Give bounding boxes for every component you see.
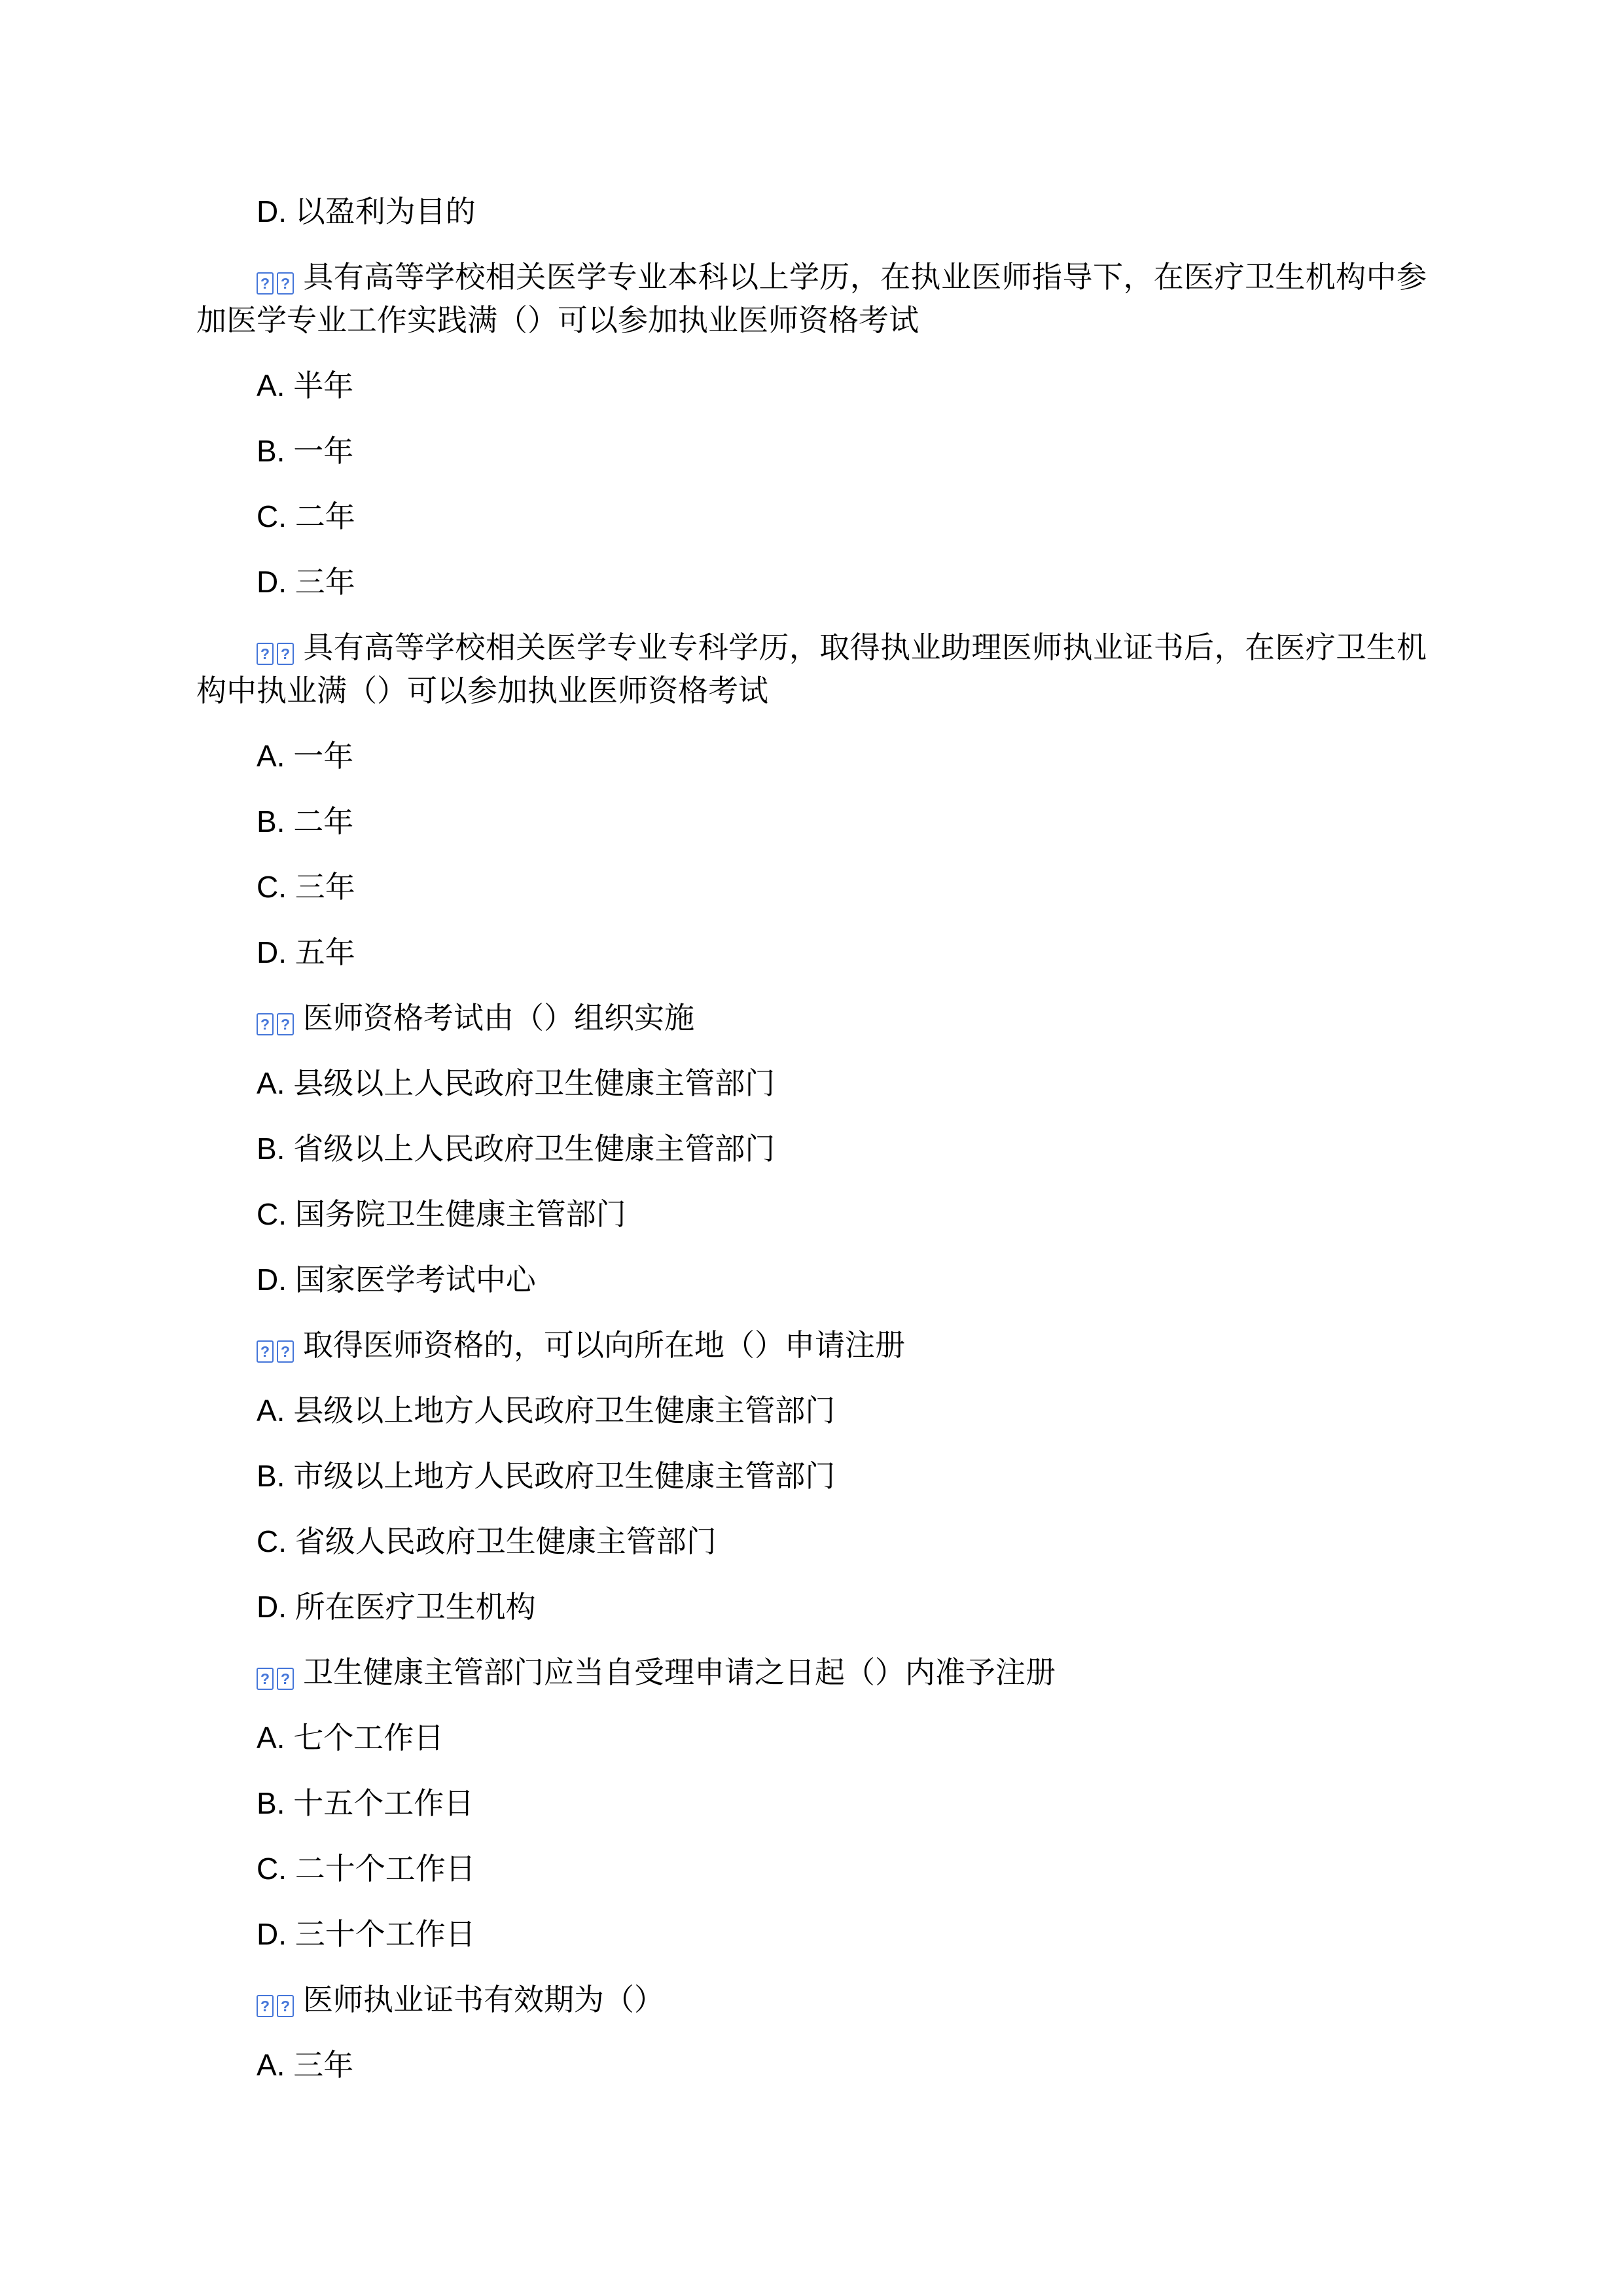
missing-glyph-icon: ? <box>277 643 294 665</box>
q4-option-c: C. 省级人民政府卫生健康主管部门 <box>196 1520 1427 1563</box>
q1-option-c: C. 二年 <box>196 495 1427 538</box>
q5-option-c: C. 二十个工作日 <box>196 1847 1427 1890</box>
question-number: ?? <box>257 1655 294 1689</box>
question-2: ??具有高等学校相关医学专业专科学历，取得执业助理医师执业证书后，在医疗卫生机构… <box>196 626 1427 712</box>
q3-option-d: D. 国家医学考试中心 <box>196 1258 1427 1301</box>
q1-option-d: D. 三年 <box>196 560 1427 603</box>
question-3: ??医师资格考试由（）组织实施 <box>196 996 1427 1039</box>
q2-option-d: D. 五年 <box>196 931 1427 974</box>
q5-option-d: D. 三十个工作日 <box>196 1912 1427 1956</box>
q4-option-a: A. 县级以上地方人民政府卫生健康主管部门 <box>196 1389 1427 1432</box>
missing-glyph-icon: ? <box>277 1668 294 1690</box>
missing-glyph-icon: ? <box>257 272 274 295</box>
q3-option-b: B. 省级以上人民政府卫生健康主管部门 <box>196 1127 1427 1170</box>
question-1: ??具有高等学校相关医学专业本科以上学历，在执业医师指导下，在医疗卫生机构中参加… <box>196 255 1427 342</box>
q5-option-b: B. 十五个工作日 <box>196 1782 1427 1825</box>
q4-option-b: B. 市级以上地方人民政府卫生健康主管部门 <box>196 1454 1427 1498</box>
q2-option-c: C. 三年 <box>196 865 1427 908</box>
question-2-text: 具有高等学校相关医学专业专科学历，取得执业助理医师执业证书后，在医疗卫生机构中执… <box>196 630 1427 708</box>
missing-glyph-icon: ? <box>257 1340 274 1363</box>
question-1-text: 具有高等学校相关医学专业本科以上学历，在执业医师指导下，在医疗卫生机构中参加医学… <box>196 260 1427 337</box>
question-5: ??卫生健康主管部门应当自受理申请之日起（）内准予注册 <box>196 1651 1427 1694</box>
missing-glyph-icon: ? <box>257 1013 274 1035</box>
question-5-text: 卫生健康主管部门应当自受理申请之日起（）内准予注册 <box>303 1655 1056 1689</box>
question-number: ?? <box>257 1982 294 2017</box>
missing-glyph-icon: ? <box>277 272 294 295</box>
prev-question-option-d: D. 以盈利为目的 <box>196 190 1427 233</box>
missing-glyph-icon: ? <box>277 1995 294 2017</box>
question-6: ??医师执业证书有效期为（） <box>196 1978 1427 2021</box>
missing-glyph-icon: ? <box>257 1995 274 2017</box>
missing-glyph-icon: ? <box>277 1013 294 1035</box>
q6-option-a: A. 三年 <box>196 2043 1427 2087</box>
q5-option-a: A. 七个工作日 <box>196 1716 1427 1759</box>
missing-glyph-icon: ? <box>277 1340 294 1363</box>
q1-option-a: A. 半年 <box>196 364 1427 407</box>
document-page: D. 以盈利为目的 ??具有高等学校相关医学专业本科以上学历，在执业医师指导下，… <box>0 0 1623 2296</box>
missing-glyph-icon: ? <box>257 1668 274 1690</box>
q3-option-a: A. 县级以上人民政府卫生健康主管部门 <box>196 1062 1427 1105</box>
q1-option-b: B. 一年 <box>196 429 1427 473</box>
q2-option-a: A. 一年 <box>196 734 1427 778</box>
missing-glyph-icon: ? <box>257 643 274 665</box>
q3-option-c: C. 国务院卫生健康主管部门 <box>196 1193 1427 1236</box>
question-number: ?? <box>257 1328 294 1362</box>
question-number: ?? <box>257 1001 294 1035</box>
document-content: D. 以盈利为目的 ??具有高等学校相关医学专业本科以上学历，在执业医师指导下，… <box>196 190 1427 2109</box>
question-4: ??取得医师资格的，可以向所在地（）申请注册 <box>196 1323 1427 1367</box>
q4-option-d: D. 所在医疗卫生机构 <box>196 1585 1427 1628</box>
question-6-text: 医师执业证书有效期为（） <box>303 1982 664 2017</box>
q2-option-b: B. 二年 <box>196 800 1427 843</box>
question-number: ?? <box>257 260 294 294</box>
question-3-text: 医师资格考试由（）组织实施 <box>303 1001 694 1035</box>
question-number: ?? <box>257 630 294 664</box>
question-4-text: 取得医师资格的，可以向所在地（）申请注册 <box>303 1328 905 1362</box>
